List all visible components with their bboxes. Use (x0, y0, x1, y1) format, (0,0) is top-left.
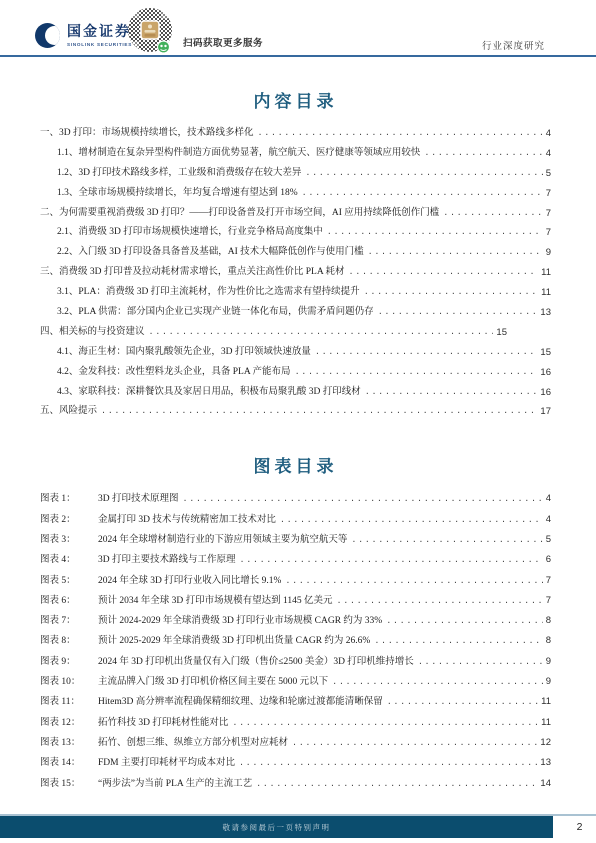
figure-entry-number: 图表 11： (40, 692, 98, 712)
toc-entry-label: 1.2、3D 打印技术路线多样，工业级和消费级存在较大差异 (57, 164, 301, 184)
toc-entry[interactable]: 五、风险提示 17 (40, 402, 551, 422)
toc-entry-page: 4 (546, 144, 551, 164)
figure-entry-label: 金属打印 3D 技术与传统精密加工技术对比 (98, 510, 276, 530)
dot-leader (285, 571, 542, 591)
footer-bar: 敬请参阅最后一页特别声明 (0, 816, 553, 838)
figure-entry-number: 图表 3： (40, 530, 98, 550)
figure-entry-page: 11 (541, 713, 551, 733)
brand-logo: 国金证券 SINOLINK SECURITIES (35, 23, 132, 48)
figure-entry-number: 图表 9： (40, 652, 98, 672)
figure-entry-label: 2024 年全球增材制造行业的下游应用领域主要为航空航天等 (98, 530, 347, 550)
dot-leader (315, 343, 538, 363)
dot-leader (418, 652, 543, 672)
report-page: 国金证券 SINOLINK SECURITIES (0, 0, 596, 843)
dot-leader (368, 243, 543, 263)
toc-entry-page: 4 (546, 124, 551, 144)
toc-entry-page: 7 (546, 204, 551, 224)
figure-entry[interactable]: 图表 9： 2024 年 3D 打印机出货量仅有入门级（售价≤2500 美金）3… (40, 652, 551, 672)
dot-leader (232, 713, 538, 733)
figures-list: 图表 1： 3D 打印技术原理图 4 图表 2： 金属打印 3D 技术与传统精密… (40, 489, 551, 793)
figure-entry[interactable]: 图表 8： 预计 2025-2029 年全球消费级 3D 打印机出货量 CAGR… (40, 631, 551, 651)
toc-entry-page: 7 (546, 223, 551, 243)
dot-leader (256, 774, 537, 794)
figures-title: 图表目录 (40, 452, 551, 477)
dot-leader (374, 631, 542, 651)
toc-entry-label: 一、3D 打印：市场规模持续增长，技术路线多样化 (40, 124, 254, 144)
dot-leader (183, 489, 543, 509)
figure-entry-number: 图表 6： (40, 591, 98, 611)
dot-leader (149, 323, 494, 343)
figure-entry-page: 9 (546, 652, 551, 672)
dot-leader (240, 550, 543, 570)
figure-entry[interactable]: 图表 11： Hitem3D 高分辨率流程确保精细纹理、边缘和轮廓过渡都能清晰保… (40, 692, 551, 712)
toc-entry[interactable]: 1.3、全球市场规模持续增长，年均复合增速有望达到 18% 7 (40, 184, 551, 204)
toc-entry-label: 3.1、PLA：消费级 3D 打印主流耗材，作为性价比之选需求有望持续提升 (57, 283, 360, 303)
qr-caption: 扫码获取更多服务 (183, 35, 263, 49)
toc-entry-label: 1.1、增材制造在复杂异型构件制造方面优势显著，航空航天、医疗健康等领域应用较快 (57, 144, 420, 164)
dot-leader (443, 204, 542, 224)
qr-code-icon (127, 6, 174, 55)
figure-entry-label: 拓竹科技 3D 打印耗材性能对比 (98, 713, 228, 733)
dot-leader (386, 611, 542, 631)
dot-leader (295, 363, 538, 383)
figure-entry-label: 2024 年全球 3D 打印行业收入同比增长 9.1% (98, 571, 281, 591)
toc-entry-label: 4.3、家联科技：深耕餐饮具及家居日用品，积极布局聚乳酸 3D 打印线材 (57, 383, 361, 403)
figure-entry-label: 主流品牌入门级 3D 打印机价格区间主要在 5000 元以下 (98, 672, 328, 692)
figure-entry[interactable]: 图表 13： 拓竹、创想三维、纵维立方部分机型对应耗材 12 (40, 733, 551, 753)
page-number: 2 (563, 816, 596, 838)
toc-entry-label: 2.2、入门级 3D 打印设备具备普及基础，AI 技术大幅降低创作与使用门槛 (57, 243, 364, 263)
toc-entry-page: 11 (541, 263, 551, 283)
toc-entry-label: 四、相关标的与投资建议 (40, 323, 145, 343)
figure-entry-label: 拓竹、创想三维、纵维立方部分机型对应耗材 (98, 733, 288, 753)
toc-page-body: 内容目录 一、3D 打印：市场规模持续增长，技术路线多样化 4 1.1、增材制造… (40, 57, 551, 794)
figure-entry-label: “两步法”为当前 PLA 生产的主流工艺 (98, 774, 252, 794)
toc-entry[interactable]: 2.1、消费级 3D 打印市场规模快速增长，行业竞争格局高度集中 7 (40, 223, 551, 243)
toc-entry-label: 三、消费级 3D 打印普及拉动耗材需求增长，重点关注高性价比 PLA 耗材 (40, 263, 345, 283)
toc-entry-page: 5 (546, 164, 551, 184)
dot-leader (378, 303, 538, 323)
toc-entry[interactable]: 1.1、增材制造在复杂异型构件制造方面优势显著，航空航天、医疗健康等领域应用较快… (40, 144, 551, 164)
figure-entry-page: 5 (546, 530, 551, 550)
dot-leader (239, 753, 537, 773)
figure-entry-label: 预计 2024-2029 年全球消费级 3D 打印行业市场规模 CAGR 约为 … (98, 611, 382, 631)
report-type-label: 行业深度研究 (482, 38, 545, 52)
figure-entry-page: 4 (546, 489, 551, 509)
figure-entry-number: 图表 13： (40, 733, 98, 753)
figure-entry-number: 图表 4： (40, 550, 98, 570)
sinolink-logo-icon (35, 23, 60, 48)
toc-entry[interactable]: 3.1、PLA：消费级 3D 打印主流耗材，作为性价比之选需求有望持续提升 11 (40, 283, 551, 303)
dot-leader (337, 591, 543, 611)
toc-entry-label: 五、风险提示 (40, 402, 97, 422)
toc-entry-page: 11 (541, 283, 551, 303)
dot-leader (351, 530, 542, 550)
toc-entry-page: 7 (546, 184, 551, 204)
figure-entry-page: 11 (541, 692, 551, 712)
figure-entry-page: 7 (546, 571, 551, 591)
dot-leader (365, 383, 538, 403)
toc-entry-label: 4.1、海正生材：国内聚乳酸领先企业，3D 打印领域快速放量 (57, 343, 311, 363)
figure-entry[interactable]: 图表 5： 2024 年全球 3D 打印行业收入同比增长 9.1% 7 (40, 571, 551, 591)
dot-leader (424, 144, 542, 164)
toc-entry-page: 9 (546, 243, 551, 263)
figure-entry-number: 图表 14： (40, 753, 98, 773)
figure-entry-page: 7 (546, 591, 551, 611)
dot-leader (101, 402, 537, 422)
figure-entry-number: 图表 15： (40, 774, 98, 794)
page-header: 国金证券 SINOLINK SECURITIES (0, 0, 596, 55)
dot-leader (258, 124, 543, 144)
figure-entry-label: 预计 2025-2029 年全球消费级 3D 打印机出货量 CAGR 约为 26… (98, 631, 370, 651)
toc-entry[interactable]: 2.2、入门级 3D 打印设备具备普及基础，AI 技术大幅降低创作与使用门槛 9 (40, 243, 551, 263)
figure-entry-page: 6 (546, 550, 551, 570)
figure-entry-number: 图表 5： (40, 571, 98, 591)
toc-entry-page: 15 (496, 323, 507, 343)
toc-entry[interactable]: 二、为何需要重视消费级 3D 打印？——打印设备普及打开市场空间，AI 应用持续… (40, 204, 551, 224)
toc-entry[interactable]: 三、消费级 3D 打印普及拉动耗材需求增长，重点关注高性价比 PLA 耗材 11 (40, 263, 551, 283)
toc-entry[interactable]: 4.1、海正生材：国内聚乳酸领先企业，3D 打印领域快速放量 15 (40, 343, 551, 363)
figure-entry[interactable]: 图表 7： 预计 2024-2029 年全球消费级 3D 打印行业市场规模 CA… (40, 611, 551, 631)
figure-entry[interactable]: 图表 1： 3D 打印技术原理图 4 (40, 489, 551, 509)
figure-entry-number: 图表 2： (40, 510, 98, 530)
toc-entry[interactable]: 一、3D 打印：市场规模持续增长，技术路线多样化 4 (40, 124, 551, 144)
figure-entry-number: 图表 1： (40, 489, 98, 509)
toc-entry-page: 15 (540, 343, 551, 363)
toc-entry[interactable]: 1.2、3D 打印技术路线多样，工业级和消费级存在较大差异 5 (40, 164, 551, 184)
dot-leader (364, 283, 538, 303)
brand-name-cn: 国金证券 (67, 24, 132, 39)
dot-leader (302, 184, 543, 204)
figure-entry-page: 8 (546, 611, 551, 631)
toc-entry-page: 16 (540, 383, 551, 403)
toc-entry[interactable]: 四、相关标的与投资建议 15 (40, 323, 551, 343)
dot-leader (332, 672, 543, 692)
figure-entry-label: 3D 打印技术原理图 (98, 489, 179, 509)
footer-disclaimer: 敬请参阅最后一页特别声明 (223, 822, 331, 833)
contents-title: 内容目录 (40, 87, 551, 112)
figure-entry[interactable]: 图表 3： 2024 年全球增材制造行业的下游应用领域主要为航空航天等 5 (40, 530, 551, 550)
dot-leader (280, 510, 543, 530)
dot-leader (349, 263, 539, 283)
figure-entry-page: 12 (540, 733, 551, 753)
figure-entry-page: 4 (546, 510, 551, 530)
brand-text: 国金证券 SINOLINK SECURITIES (67, 24, 132, 46)
toc-entry-page: 17 (540, 402, 551, 422)
figure-entry-label: FDM 主要打印耗材平均成本对比 (98, 753, 235, 773)
figure-entry-label: 2024 年 3D 打印机出货量仅有入门级（售价≤2500 美金）3D 打印机维… (98, 652, 414, 672)
figure-entry[interactable]: 图表 10： 主流品牌入门级 3D 打印机价格区间主要在 5000 元以下 9 (40, 672, 551, 692)
figure-entry[interactable]: 图表 4： 3D 打印主要技术路线与工作原理 6 (40, 550, 551, 570)
figure-entry[interactable]: 图表 15： “两步法”为当前 PLA 生产的主流工艺 14 (40, 774, 551, 794)
figure-entry-label: 3D 打印主要技术路线与工作原理 (98, 550, 236, 570)
figure-entry-number: 图表 10： (40, 672, 98, 692)
dot-leader (292, 733, 537, 753)
figure-entry-number: 图表 8： (40, 631, 98, 651)
toc-entry-label: 3.2、PLA 供需：部分国内企业已实现产业链一体化布局，供需矛盾问题仍存 (57, 303, 374, 323)
figure-entry[interactable]: 图表 12： 拓竹科技 3D 打印耗材性能对比 11 (40, 713, 551, 733)
toc-entry[interactable]: 3.2、PLA 供需：部分国内企业已实现产业链一体化布局，供需矛盾问题仍存 13 (40, 303, 551, 323)
figure-entry-page: 14 (540, 774, 551, 794)
figure-entry-label: Hitem3D 高分辨率流程确保精细纹理、边缘和轮廓过渡都能清晰保留 (98, 692, 383, 712)
toc-entry-label: 二、为何需要重视消费级 3D 打印？——打印设备普及打开市场空间，AI 应用持续… (40, 204, 439, 224)
contents-list: 一、3D 打印：市场规模持续增长，技术路线多样化 4 1.1、增材制造在复杂异型… (40, 124, 551, 422)
figure-entry-number: 图表 7： (40, 611, 98, 631)
figure-entry[interactable]: 图表 2： 金属打印 3D 技术与传统精密加工技术对比 4 (40, 510, 551, 530)
brand-name-en: SINOLINK SECURITIES (67, 42, 132, 47)
toc-entry-label: 1.3、全球市场规模持续增长，年均复合增速有望达到 18% (57, 184, 298, 204)
figure-entry-label: 预计 2034 年全球 3D 打印市场规模有望达到 1145 亿美元 (98, 591, 333, 611)
toc-entry[interactable]: 4.3、家联科技：深耕餐饮具及家居日用品，积极布局聚乳酸 3D 打印线材 16 (40, 383, 551, 403)
toc-entry[interactable]: 4.2、金发科技：改性塑料龙头企业，具备 PLA 产能布局 16 (40, 363, 551, 383)
toc-entry-label: 4.2、金发科技：改性塑料龙头企业，具备 PLA 产能布局 (57, 363, 291, 383)
dot-leader (387, 692, 538, 712)
figure-entry-page: 9 (546, 672, 551, 692)
toc-entry-page: 16 (540, 363, 551, 383)
figure-entry-page: 13 (540, 753, 551, 773)
figure-entry-number: 图表 12： (40, 713, 98, 733)
dot-leader (327, 223, 543, 243)
figure-entry[interactable]: 图表 14： FDM 主要打印耗材平均成本对比 13 (40, 753, 551, 773)
toc-entry-page: 13 (540, 303, 551, 323)
figure-entry[interactable]: 图表 6： 预计 2034 年全球 3D 打印市场规模有望达到 1145 亿美元… (40, 591, 551, 611)
toc-entry-label: 2.1、消费级 3D 打印市场规模快速增长，行业竞争格局高度集中 (57, 223, 323, 243)
figure-entry-page: 8 (546, 631, 551, 651)
dot-leader (305, 164, 542, 184)
